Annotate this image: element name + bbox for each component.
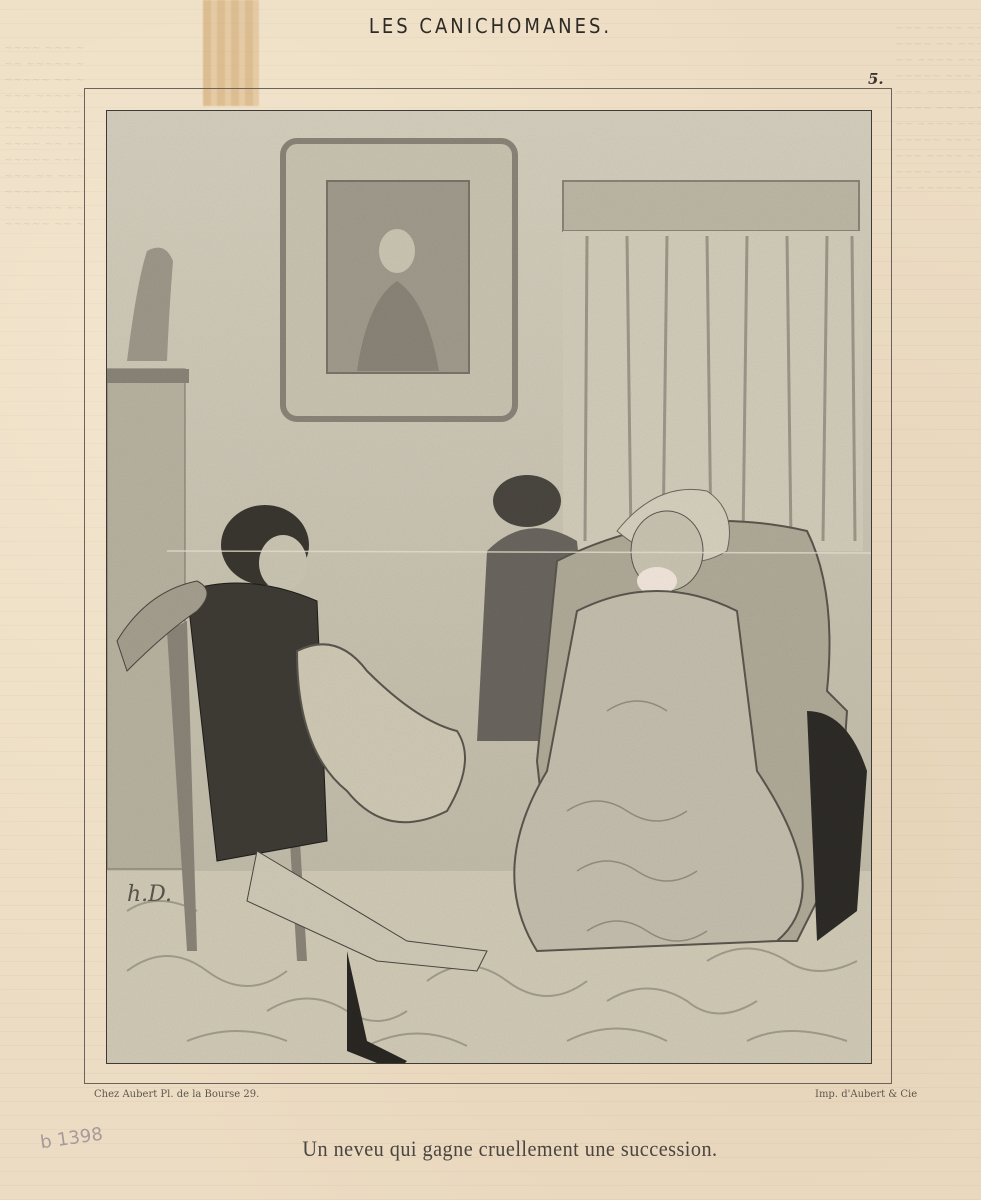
artist-monogram: h.D. (127, 882, 172, 907)
caption: Un neveu qui gagne cruellement une succe… (41, 1136, 979, 1162)
lithograph-illustration: h.D. (106, 110, 872, 1064)
bleed-through-text-right: ~~~ ~~~~ ~~~ ~~~~ ~~ ~~~~ ~~ ~~~~ ~~~~ ~… (895, 20, 981, 1170)
printer-credit: Imp. d'Aubert & Cie (815, 1089, 917, 1100)
publisher-credit: Chez Aubert Pl. de la Bourse 29. (94, 1089, 259, 1100)
framed-portrait (283, 141, 515, 419)
plate-number: 5. (868, 70, 884, 88)
series-title: LES CANICHOMANES. (0, 14, 981, 38)
bleed-through-text-left: ~~~~ ~~~ ~~~~~ ~~ ~~~~~ ~~~~ ~~~~~ ~~ ~~… (4, 40, 84, 1190)
